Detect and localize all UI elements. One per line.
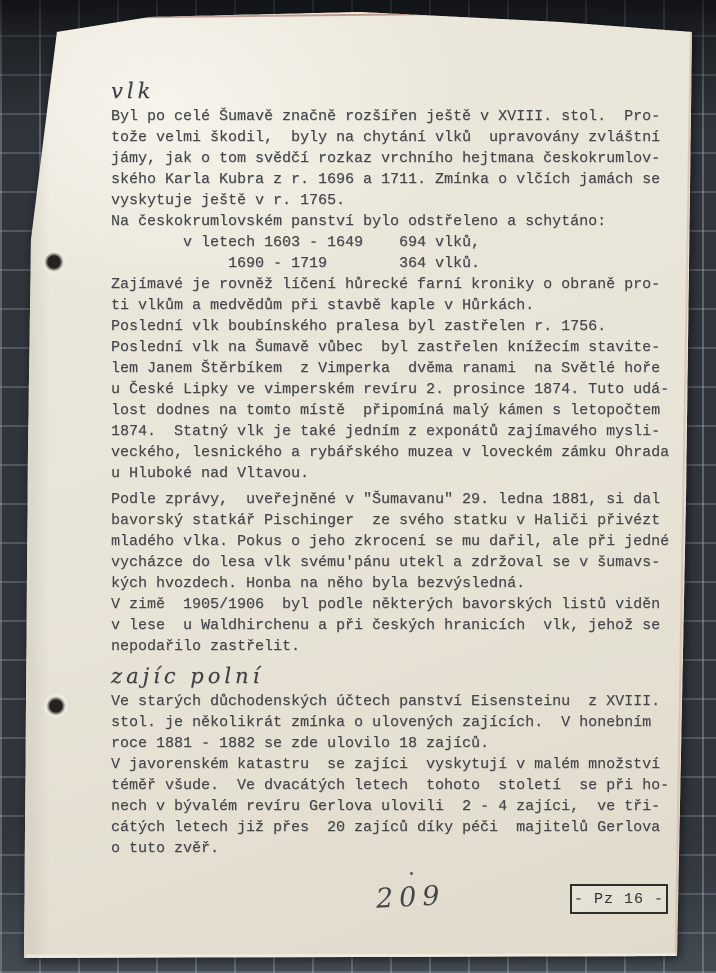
text-line: 1690 - 1719 364 vlků. [111,253,689,274]
document-text: vlkByl po celé Šumavě značně rozšířen je… [111,78,689,859]
paper-top-edge [138,12,558,18]
text-line: tože velmi škodil, byly na chytání vlků … [111,127,689,148]
text-line: nepodařilo zastřelit. [111,636,689,657]
text-line: mladého vlka. Pokus o jeho zkrocení se m… [111,531,689,552]
text-line: roce 1881 - 1882 se zde ulovilo 18 zajíc… [111,733,689,754]
punch-hole-top [42,250,68,276]
text-line: Na českokrumlovském panství bylo odstřel… [111,211,689,232]
section-heading: zajíc polní [111,663,689,689]
punch-hole-bottom [44,694,70,720]
text-line: u České Lipky ve vimperském revíru 2. pr… [111,379,689,400]
catalog-stamp: - Pz 16 - [570,884,668,914]
text-line: Zajímavé je rovněž líčení hůrecké farní … [111,274,689,295]
document-page: vlkByl po celé Šumavě značně rozšířen je… [18,8,698,962]
text-line: v lese u Waldhirchenu a při českých hran… [111,615,689,636]
text-line: vyskytuje ještě v r. 1765. [111,190,689,211]
text-line: ti vlkům a medvědům při stavbě kaple v H… [111,295,689,316]
text-line: nech v bývalém revíru Gerlova ulovili 2 … [111,796,689,817]
text-line: V zimě 1905/1906 byl podle některých bav… [111,594,689,615]
text-line: V javorenském katastru se zajíci vyskytu… [111,754,689,775]
text-line: Poslední vlk na Šumavě vůbec byl zastřel… [111,337,689,358]
text-line: Podle zprávy, uveřejněné v "Šumavanu" 29… [111,489,689,510]
text-line: bavorský statkář Pischinger ze svého sta… [111,510,689,531]
text-line: Poslední vlk boubínského pralesa byl zas… [111,316,689,337]
text-line: ského Karla Kubra z r. 1696 a 1711. Zmín… [111,169,689,190]
text-line: lem Janem Štěrbíkem z Vimperka dvěma ran… [111,358,689,379]
text-line: vycházce do lesa vlk svému'pánu utekl a … [111,552,689,573]
paper-bottom-edge [26,953,676,957]
text-line: v letech 1603 - 1649 694 vlků, [111,232,689,253]
text-line: cátých letech již přes 20 zajíců díky pé… [111,817,689,838]
text-line: veckého, lesnického a rybářského muzea v… [111,442,689,463]
page-number: 209 [375,880,446,915]
text-line: o tuto zvěř. [111,838,689,859]
paper-wrapper: vlkByl po celé Šumavě značně rozšířen je… [0,0,716,973]
text-line: stol. je několikrát zmínka o ulovených z… [111,712,689,733]
text-line: u Hluboké nad Vltavou. [111,463,689,484]
text-line: téměř všude. Ve dvacátých letech tohoto … [111,775,689,796]
section-heading: vlk [111,78,689,104]
catalog-stamp-label: - Pz 16 - [574,891,664,908]
text-line: 1874. Statný vlk je také jedním z exponá… [111,421,689,442]
text-line: kých hvozdech. Honba na něho byla bezvýs… [111,573,689,594]
text-line: Ve starých důchodenských účtech panství … [111,691,689,712]
ink-speck [410,872,413,875]
text-line: jámy, jak o tom svědčí rozkaz vrchního h… [111,148,689,169]
text-line: Byl po celé Šumavě značně rozšířen ještě… [111,106,689,127]
text-line: lost dodnes na tomto místě připomíná mal… [111,400,689,421]
